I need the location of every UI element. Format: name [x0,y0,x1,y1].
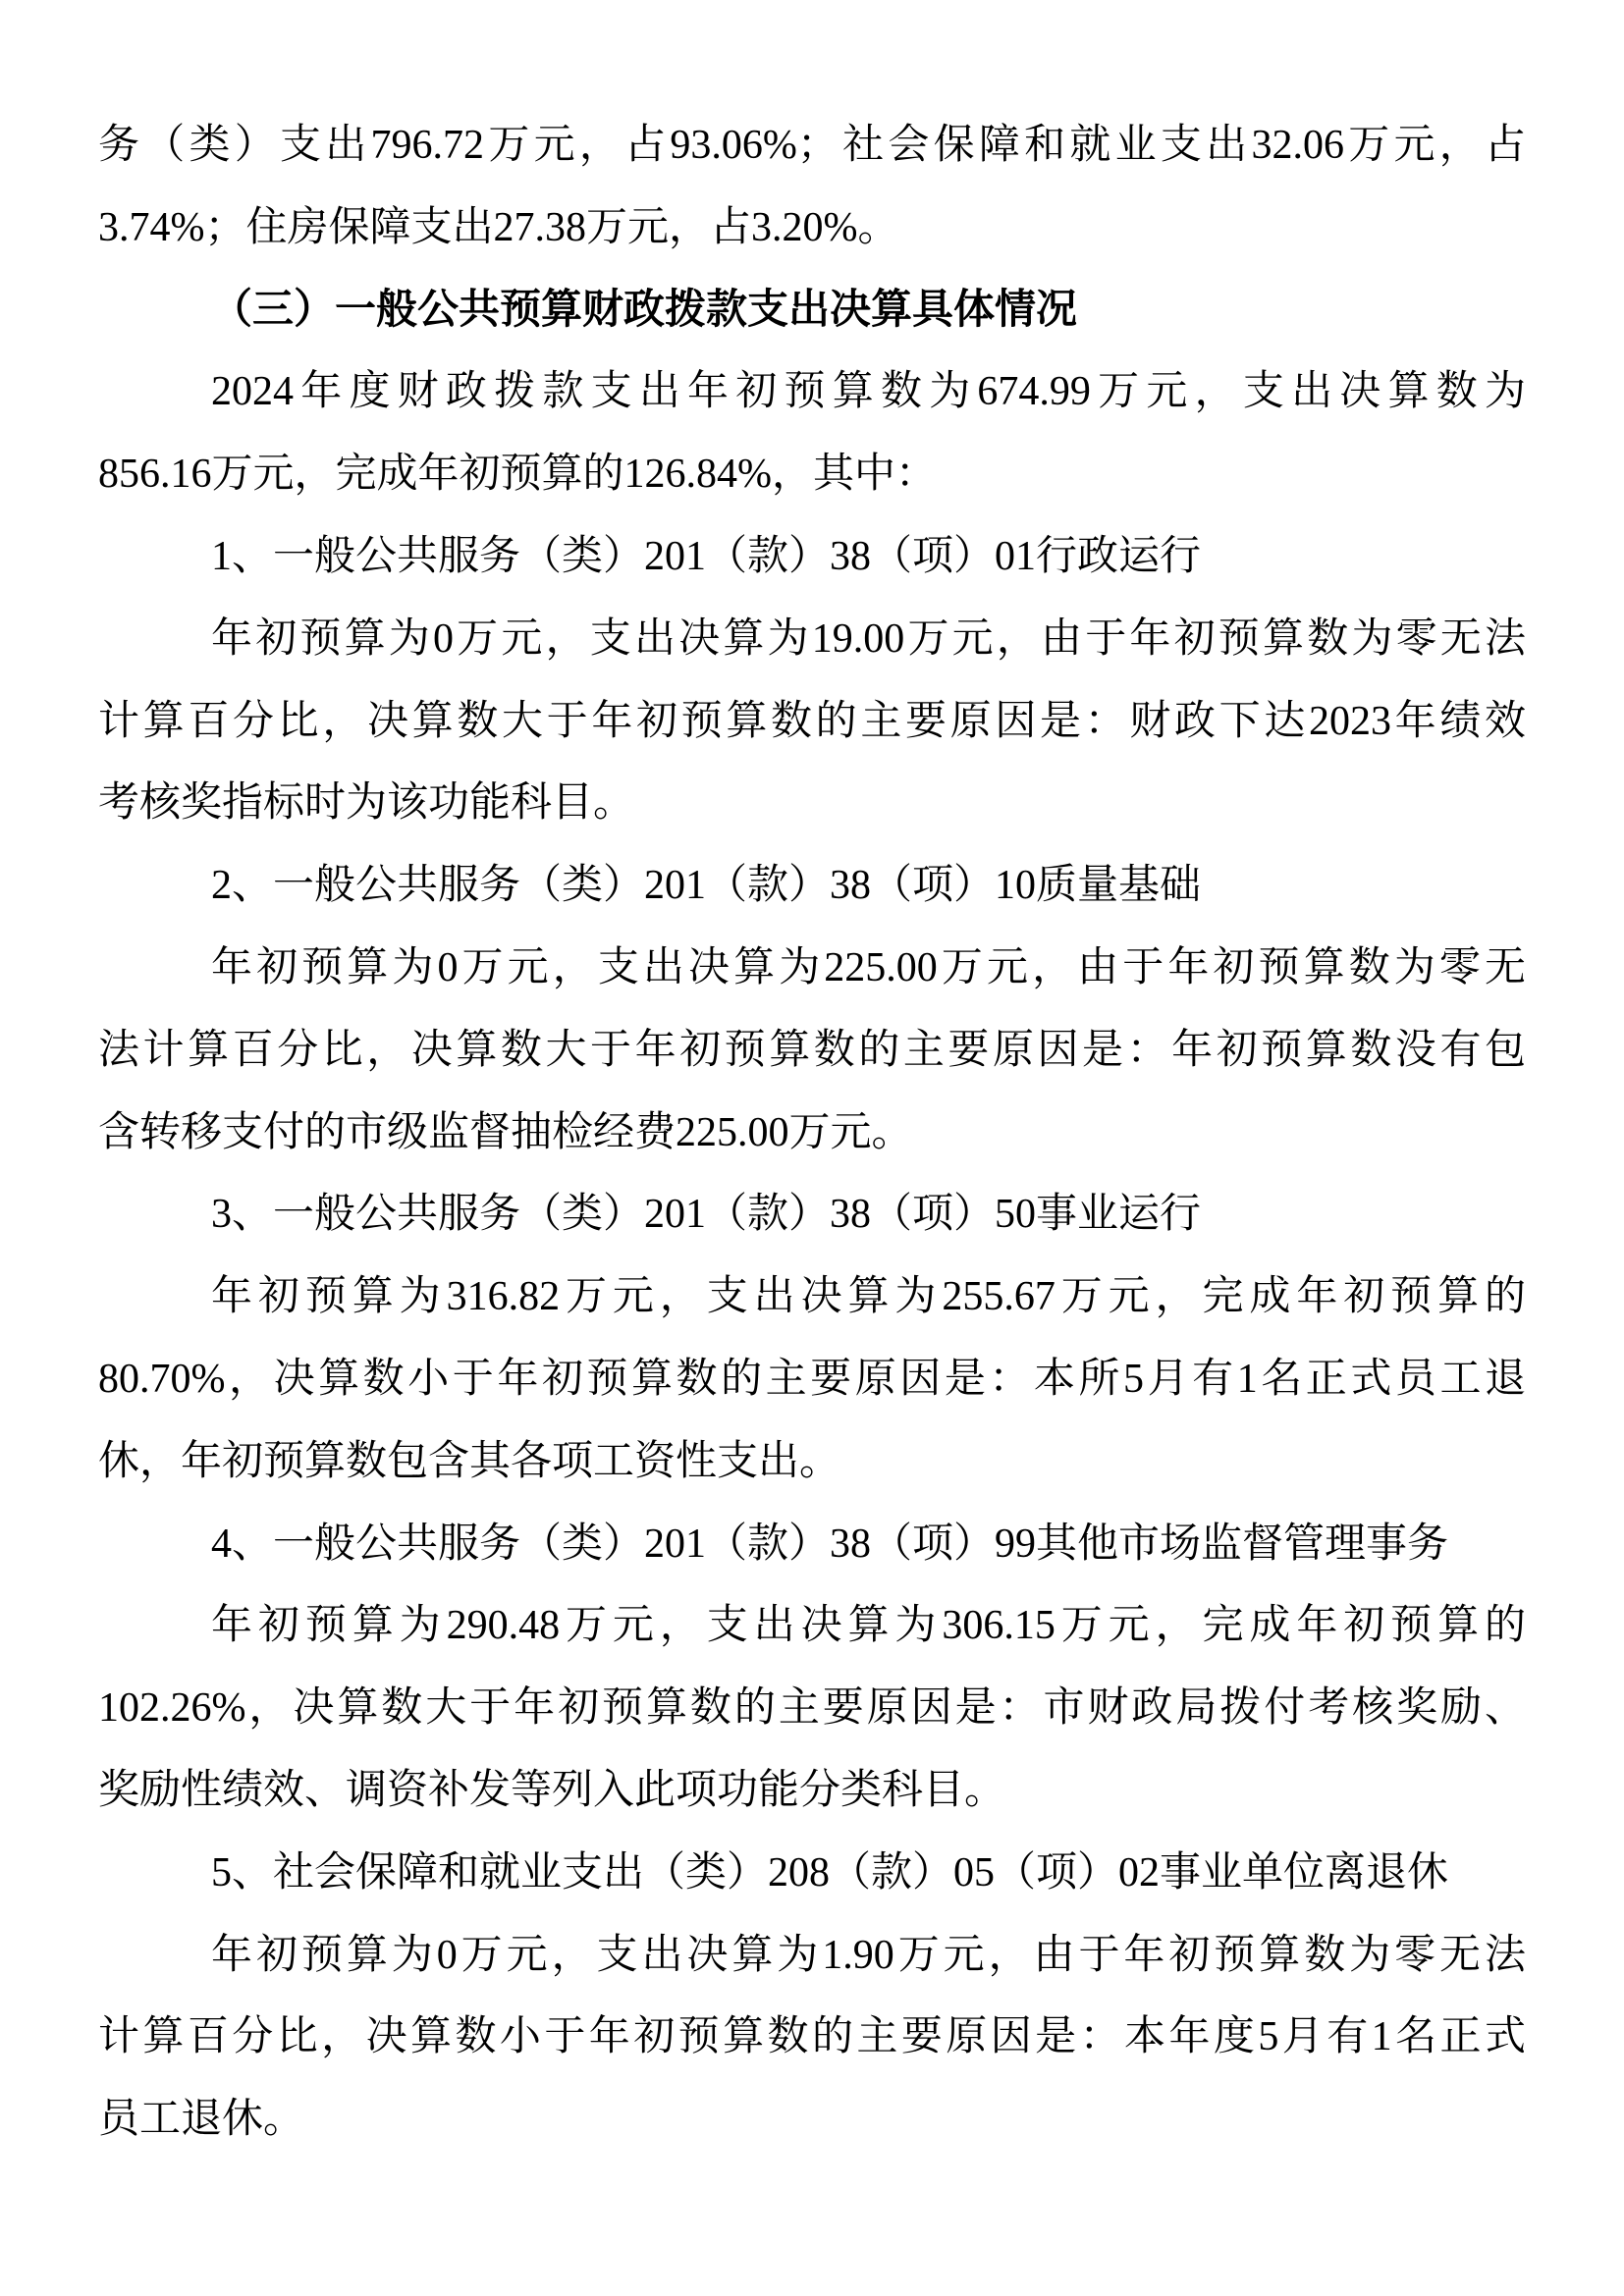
text-line: 含转移支付的市级监督抽检经费225.00万元。 [98,1093,1526,1175]
text-line: 年初预算为316.82万元，支出决算为255.67万元，完成年初预算的 [98,1256,1526,1339]
text-line: 856.16万元，完成年初预算的126.84%，其中： [98,434,1526,516]
text-line: 年初预算为290.48万元，支出决算为306.15万元，完成年初预算的 [98,1585,1526,1668]
document-body: 务（类）支出796.72万元，占93.06%；社会保障和就业支出32.06万元，… [98,105,1526,2162]
text-line: 年初预算为0万元，支出决算为1.90万元，由于年初预算数为零无法 [98,1915,1526,1998]
text-line: 5、社会保障和就业支出（类）208（款）05（项）02事业单位离退休 [98,1833,1526,1915]
text-line: 年初预算为0万元，支出决算为225.00万元，由于年初预算数为零无 [98,928,1526,1010]
text-line: 计算百分比，决算数大于年初预算数的主要原因是：财政下达2023年绩效 [98,681,1526,764]
text-line: 80.70%，决算数小于年初预算数的主要原因是：本所5月有1名正式员工退 [98,1339,1526,1421]
text-line: 3、一般公共服务（类）201（款）38（项）50事业运行 [98,1174,1526,1256]
text-line: 计算百分比，决算数小于年初预算数的主要原因是：本年度5月有1名正式 [98,1997,1526,2079]
text-line: 2、一般公共服务（类）201（款）38（项）10质量基础 [98,845,1526,928]
text-line: 务（类）支出796.72万元，占93.06%；社会保障和就业支出32.06万元，… [98,105,1526,187]
text-line: 2024年度财政拨款支出年初预算数为674.99万元，支出决算数为 [98,351,1526,434]
text-line: 员工退休。 [98,2079,1526,2162]
section-heading: （三）一般公共预算财政拨款支出决算具体情况 [98,270,1526,352]
text-line: 考核奖指标时为该功能科目。 [98,763,1526,845]
text-line: 法计算百分比，决算数大于年初预算数的主要原因是：年初预算数没有包 [98,1010,1526,1093]
text-line: 1、一般公共服务（类）201（款）38（项）01行政运行 [98,516,1526,599]
text-line: 休，年初预算数包含其各项工资性支出。 [98,1421,1526,1504]
document-page: 务（类）支出796.72万元，占93.06%；社会保障和就业支出32.06万元，… [0,0,1624,2296]
text-line: 3.74%；住房保障支出27.38万元，占3.20%。 [98,187,1526,270]
text-line: 奖励性绩效、调资补发等列入此项功能分类科目。 [98,1750,1526,1833]
text-line: 年初预算为0万元，支出决算为19.00万元，由于年初预算数为零无法 [98,599,1526,681]
text-line: 102.26%，决算数大于年初预算数的主要原因是：市财政局拨付考核奖励、 [98,1668,1526,1750]
text-line: 4、一般公共服务（类）201（款）38（项）99其他市场监督管理事务 [98,1504,1526,1586]
